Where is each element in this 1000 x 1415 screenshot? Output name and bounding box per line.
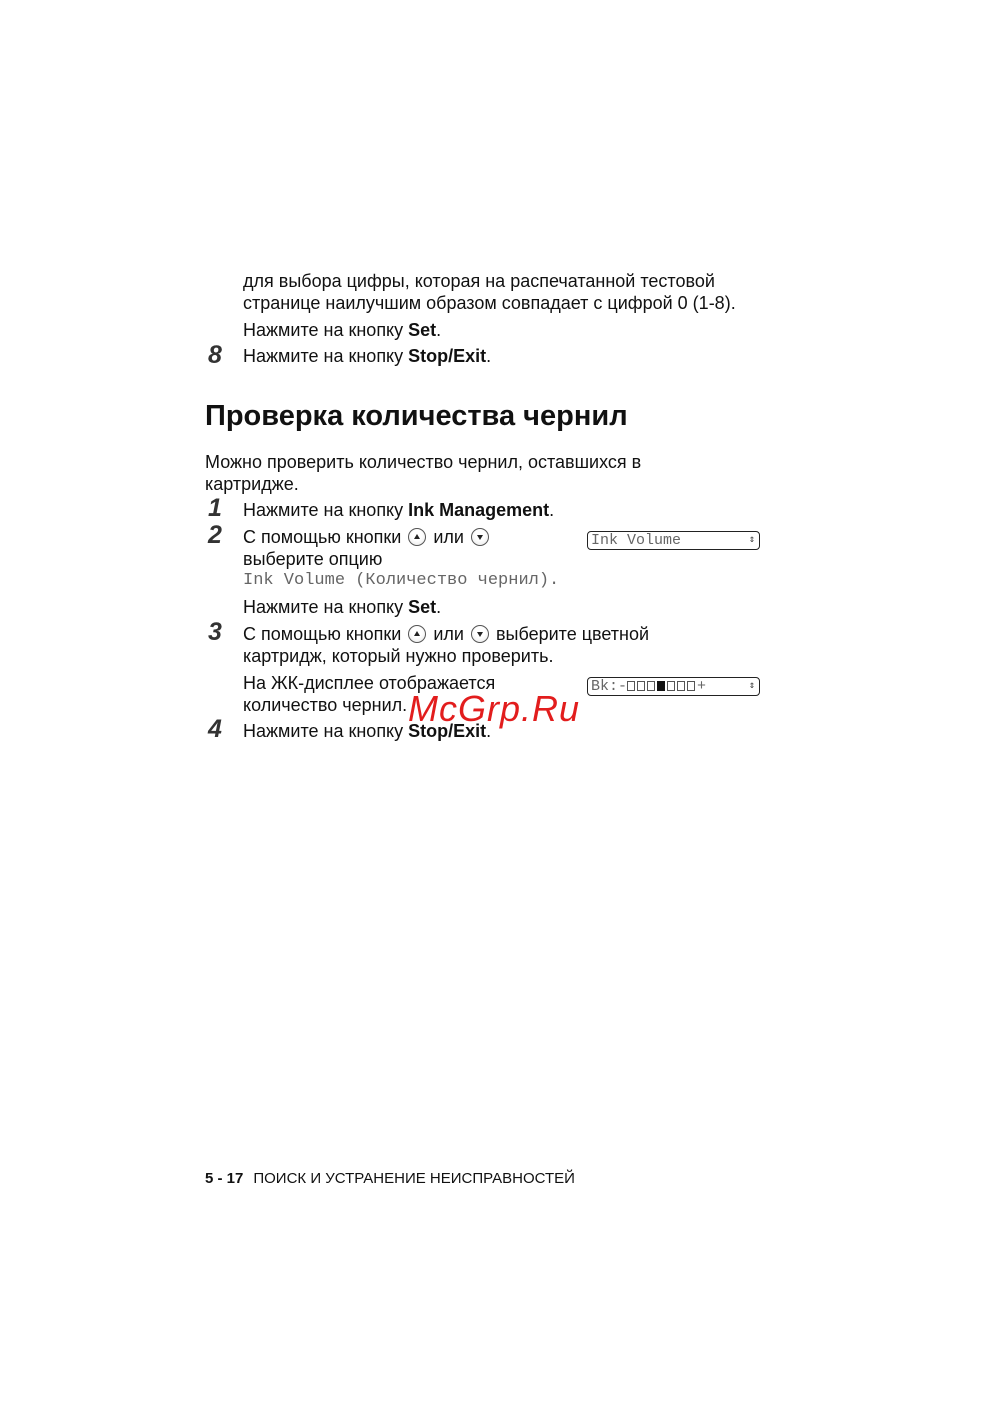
step-number-2: 2 [208,522,222,548]
period: . [436,320,441,340]
page-number: 5 - 17 [205,1170,243,1187]
up-arrow-button-icon [408,528,426,546]
press-text: Нажмите на кнопку [243,346,408,366]
or-text: или [428,624,469,644]
press-text: Нажмите на кнопку [243,597,408,617]
watermark: McGrp.Ru [408,688,580,730]
lcd-suffix: + [697,678,706,695]
up-arrow-button-icon [408,625,426,643]
lcd-display-ink-level: Bk:-+ ⇕ [587,677,760,696]
up-down-arrows-icon: ⇕ [749,532,755,549]
intro-line-1: Можно проверить количество чернил, остав… [205,451,641,473]
intro-line-2: картридже. [205,473,299,495]
continuation-line-1: для выбора цифры, которая на распечатанн… [243,270,715,292]
ink-level-segment [637,681,645,691]
step-8-text: Нажмите на кнопку Stop/Exit. [243,345,491,367]
step-number-3: 3 [208,619,222,645]
lcd-text: Ink Volume [591,532,681,549]
section-title: Проверка количества чернил [205,398,628,434]
ink-level-bar [627,678,697,695]
chapter-title: ПОИСК И УСТРАНЕНИЕ НЕИСПРАВНОСТЕЙ [253,1170,575,1187]
up-down-arrows-icon: ⇕ [749,678,755,695]
step-2-line-2: выберите опцию [243,548,382,570]
step-3-note-line-2: количество чернил. [243,694,407,716]
step-1-text: Нажмите на кнопку Ink Management. [243,499,554,521]
ink-level-segment [647,681,655,691]
set-button-label: Set [408,597,436,617]
lcd-prefix: Bk:- [591,678,627,695]
set-button-label: Set [408,320,436,340]
ink-level-segment [687,681,695,691]
step-number-4: 4 [208,716,222,742]
stop-exit-button-label: Stop/Exit [408,346,486,366]
or-text: или [428,527,469,547]
lcd-display-ink-volume: Ink Volume ⇕ [587,531,760,550]
period: . [549,500,554,520]
instruction-text: С помощью кнопки [243,624,406,644]
step-3-line-2: картридж, который нужно проверить. [243,645,553,667]
step-3-line-1: С помощью кнопки или выберите цветной [243,623,649,645]
continuation-press-set: Нажмите на кнопку Set. [243,319,441,341]
period: . [436,597,441,617]
instruction-text: С помощью кнопки [243,527,406,547]
instruction-suffix: выберите цветной [491,624,649,644]
ink-level-segment [627,681,635,691]
press-text: Нажмите на кнопку [243,320,408,340]
down-arrow-button-icon [471,625,489,643]
ink-volume-option: Ink Volume (Количество чернил). [243,570,559,592]
step-2-press-set: Нажмите на кнопку Set. [243,596,441,618]
continuation-line-2: странице наилучшим образом совпадает с ц… [243,292,736,314]
ink-level-segment [667,681,675,691]
press-text: Нажмите на кнопку [243,500,408,520]
period: . [486,346,491,366]
step-number-8: 8 [208,342,222,368]
step-number-1: 1 [208,495,222,521]
step-2-line-1: С помощью кнопки или [243,526,491,548]
ink-level-segment [657,681,665,691]
ink-management-button-label: Ink Management [408,500,549,520]
down-arrow-button-icon [471,528,489,546]
page-footer: 5 - 17ПОИСК И УСТРАНЕНИЕ НЕИСПРАВНОСТЕЙ [205,1170,575,1188]
ink-level-segment [677,681,685,691]
press-text: Нажмите на кнопку [243,721,408,741]
